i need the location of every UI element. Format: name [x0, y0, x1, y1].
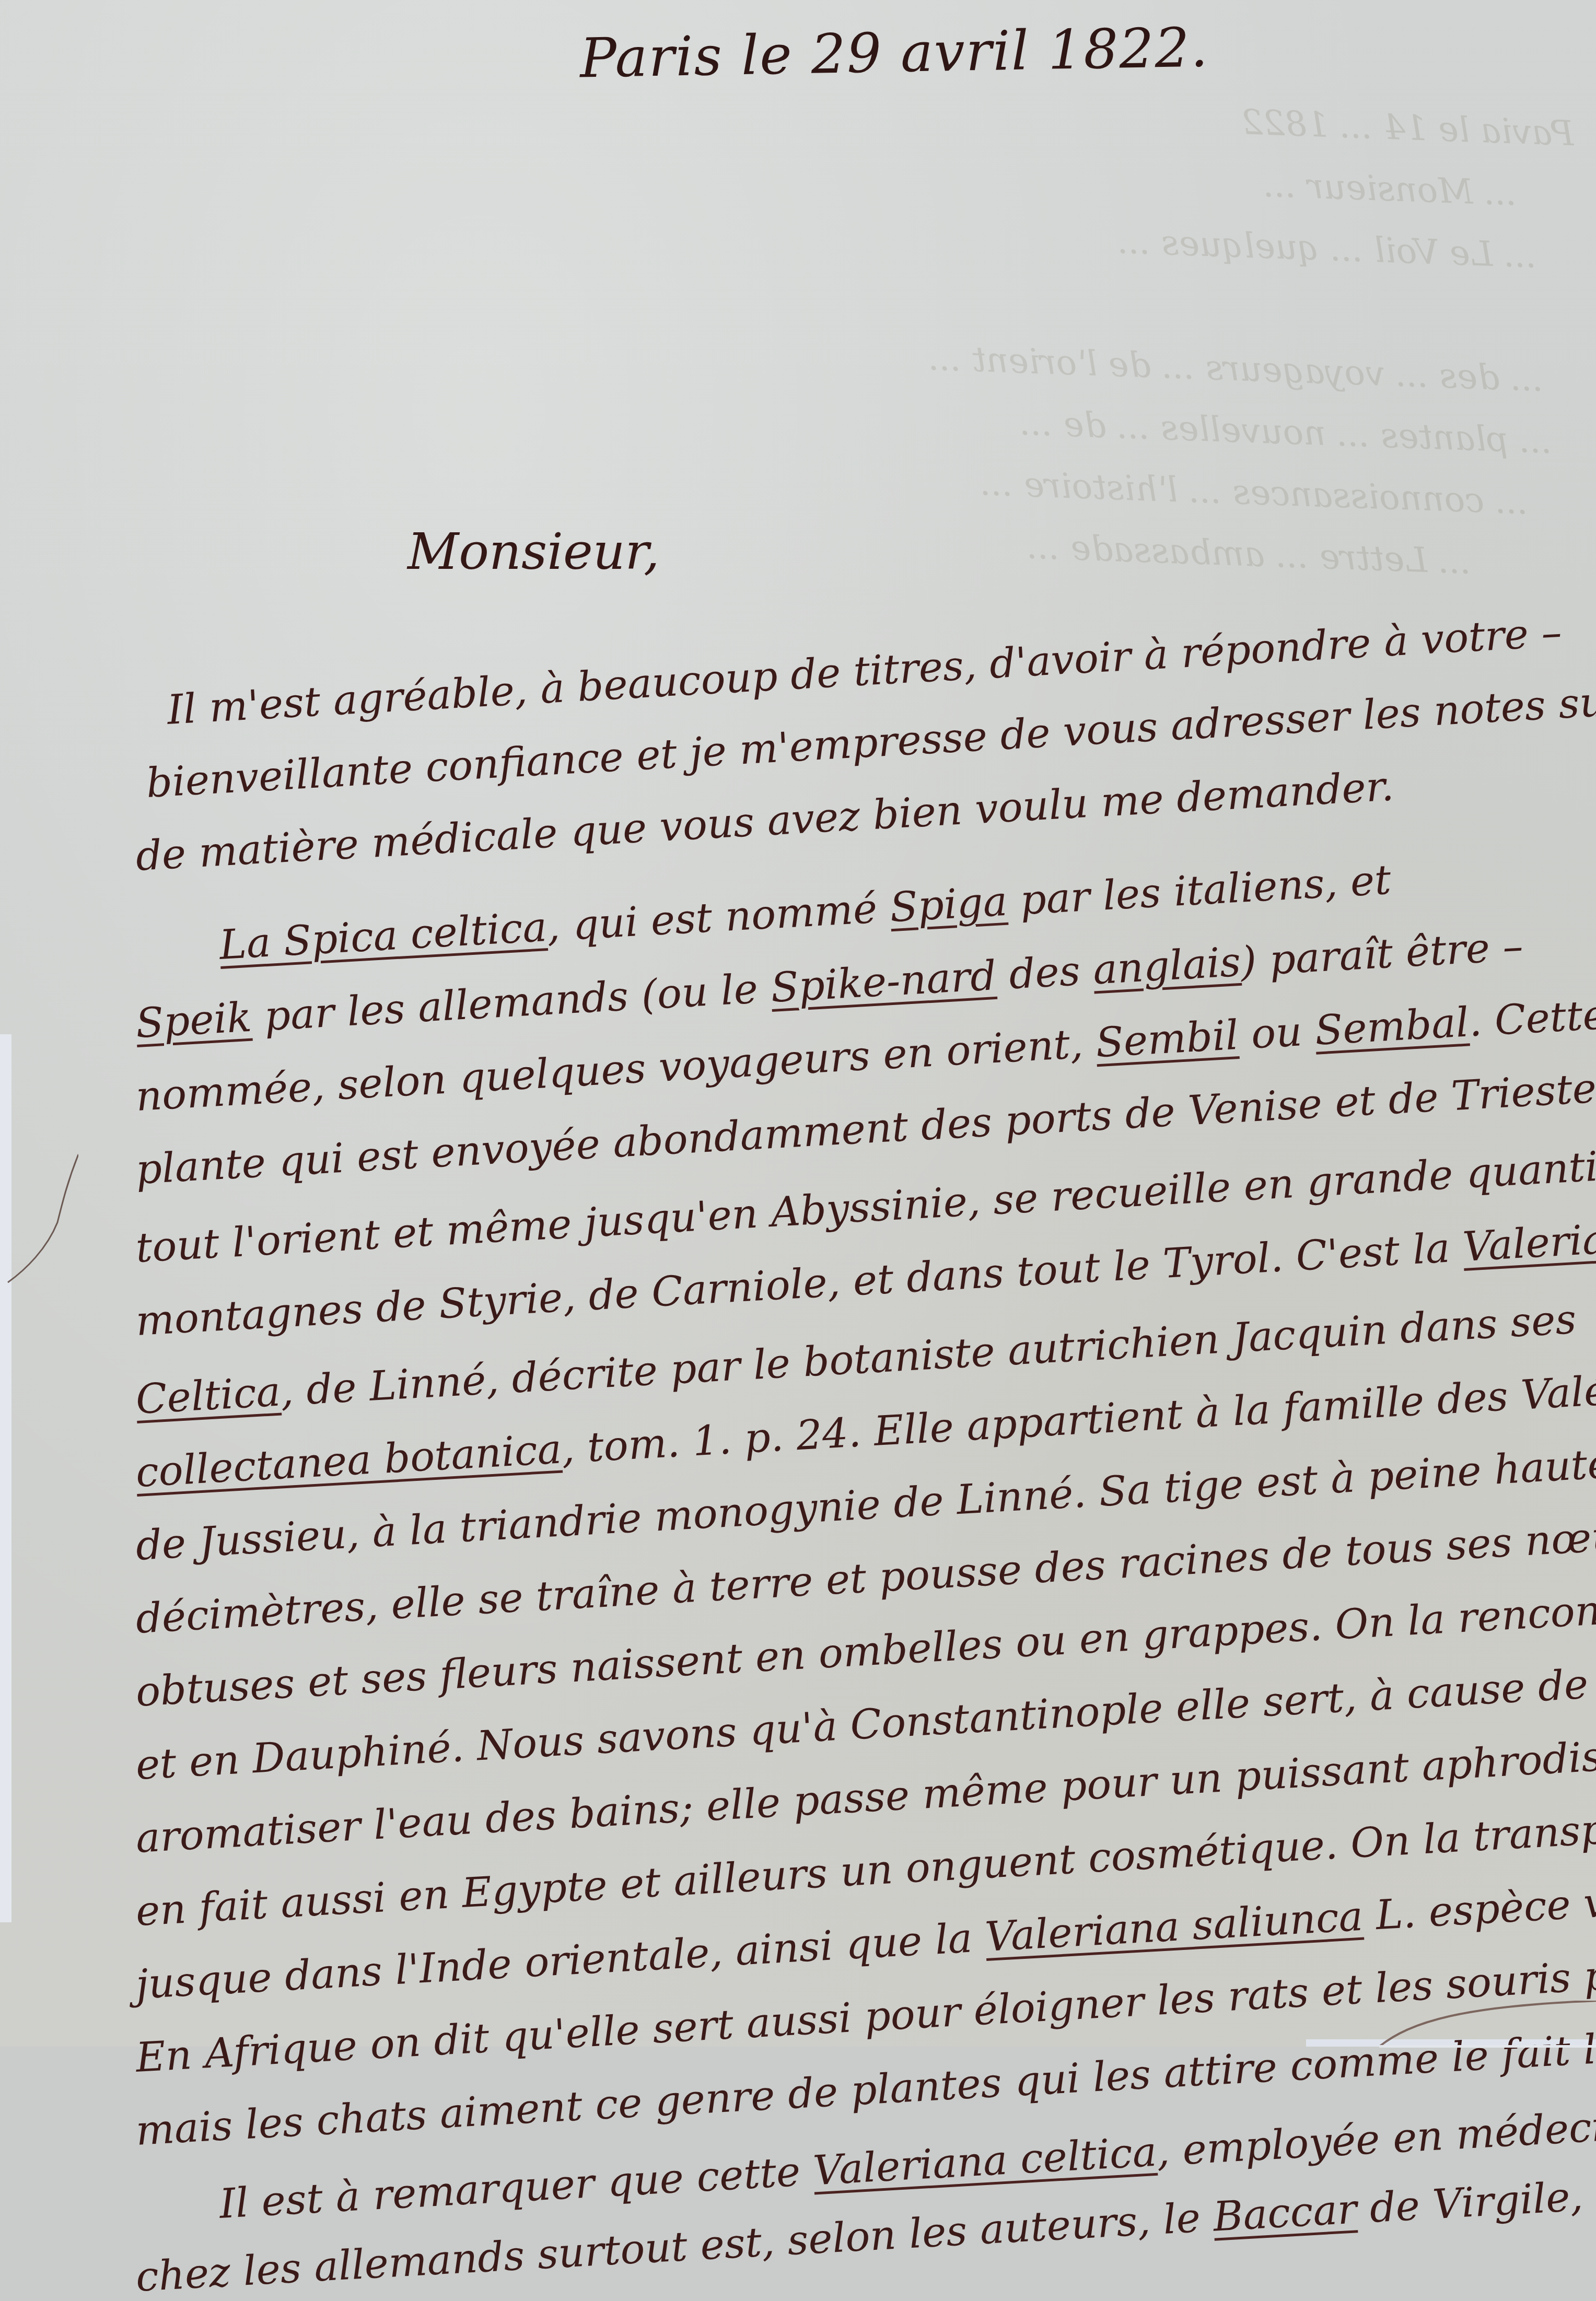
- underlined-term: collectanea botanica: [134, 1426, 563, 1497]
- underlined-term: La Spica celtica: [218, 904, 548, 969]
- underlined-term: anglais: [1092, 939, 1242, 994]
- margin-mark-icon: [5, 1149, 78, 1285]
- underlined-term: Valeriana: [1462, 1213, 1596, 1271]
- salutation: Monsieur,: [407, 522, 659, 581]
- line-text: Jacquin: [1231, 1306, 1388, 1362]
- bleed-through-text: Pavia le 14 ... 1822 ... Monsieur ... ..…: [149, 54, 1575, 573]
- underlined-term: Spike-nard: [770, 952, 997, 1012]
- line-text: par les allemands (ou le: [250, 965, 772, 1041]
- line-text: par les italiens, et: [1006, 857, 1392, 925]
- underlined-term: Sembil: [1094, 1012, 1240, 1067]
- line-text: des: [995, 947, 1094, 999]
- line-text: dans ses: [1386, 1296, 1578, 1353]
- underlined-term: Speik: [134, 994, 252, 1047]
- underlined-term: Sembal: [1313, 999, 1470, 1054]
- letter-sheet: Pavia le 14 ... 1822 ... Monsieur ... ..…: [0, 0, 1596, 2047]
- underlined-term: Spiga: [889, 878, 1008, 931]
- corner-fold-icon: [1379, 2001, 1596, 2047]
- line-text: . Cette –: [1467, 989, 1596, 1046]
- line-text: ) paraît être –: [1239, 923, 1524, 986]
- line-text: ou: [1237, 1008, 1317, 1059]
- underlined-term: Valeriana saliunca: [984, 1893, 1364, 1961]
- date-line: Paris le 29 avril 1822.: [579, 16, 1209, 90]
- line-text: , qui est nommé: [545, 884, 891, 951]
- underlined-term: Celtica: [134, 1369, 282, 1423]
- line-text: L. espèce voisine;: [1361, 1872, 1596, 1940]
